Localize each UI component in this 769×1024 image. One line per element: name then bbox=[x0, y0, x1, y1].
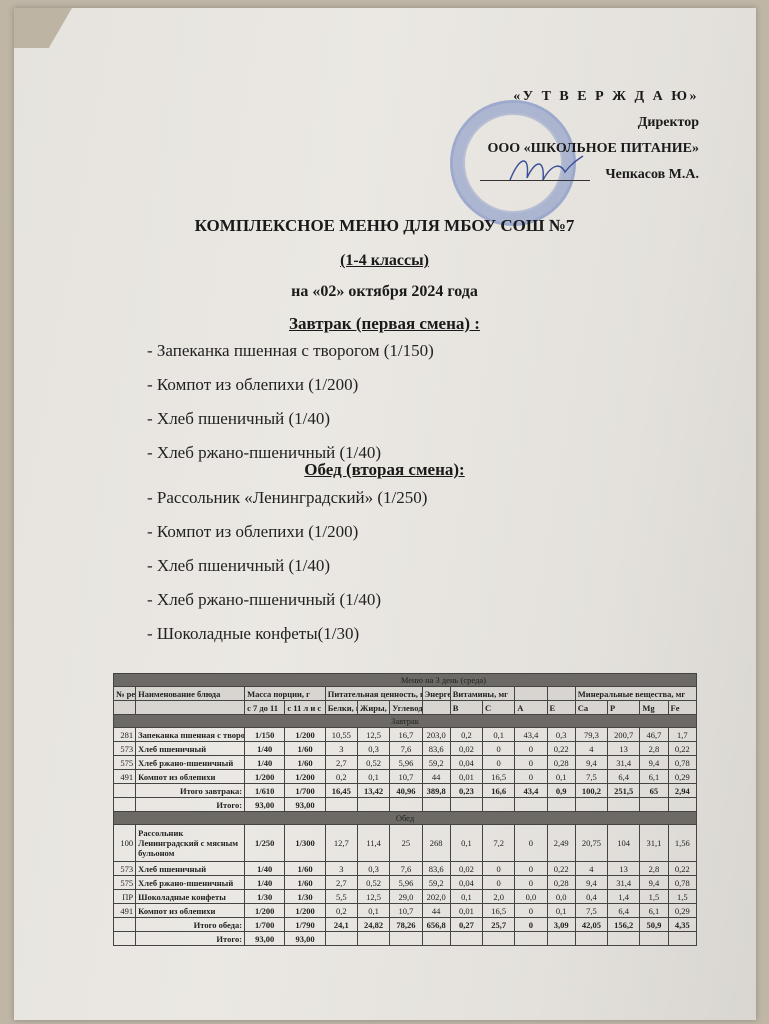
dish-name: Шоколадные конфеты bbox=[136, 890, 245, 904]
table-cell: 1/30 bbox=[245, 890, 285, 904]
table-cell: 9,4 bbox=[575, 756, 607, 770]
table-cell: 0 bbox=[483, 862, 515, 876]
sum-cell bbox=[357, 932, 389, 946]
total-cell: 0 bbox=[515, 918, 547, 932]
table-row: 281Запеканка пшенная с творогом1/1501/20… bbox=[114, 728, 697, 742]
lunch-list: - Рассольник «Ленинградский» (1/250) - К… bbox=[147, 481, 427, 651]
menu-date: на «02» октября 2024 года bbox=[0, 283, 769, 301]
table-cell: 1/200 bbox=[285, 770, 325, 784]
table-cell: 0,52 bbox=[357, 756, 389, 770]
table-cell: 0,28 bbox=[547, 876, 575, 890]
table-cell: 0 bbox=[515, 825, 547, 862]
sum-cell bbox=[608, 932, 640, 946]
total-cell bbox=[114, 784, 136, 798]
table-cell: 0,3 bbox=[547, 728, 575, 742]
total-cell: Итого обеда: bbox=[136, 918, 245, 932]
dish-name: Запеканка пшенная с творогом bbox=[136, 728, 245, 742]
table-cell: 2,49 bbox=[547, 825, 575, 862]
table-cell: 1,56 bbox=[668, 825, 696, 862]
column-header: Масса порции, г bbox=[245, 687, 326, 701]
column-subheader: Mg bbox=[640, 701, 668, 715]
sum-cell bbox=[390, 932, 422, 946]
sum-cell bbox=[450, 932, 482, 946]
sum-cell bbox=[325, 798, 357, 812]
table-cell: 0 bbox=[515, 876, 547, 890]
sum-cell bbox=[114, 798, 136, 812]
breakfast-heading: Завтрак (первая смена) : bbox=[0, 314, 769, 334]
sum-cell bbox=[575, 798, 607, 812]
table-cell: 0,4 bbox=[575, 890, 607, 904]
table-cell: 575 bbox=[114, 756, 136, 770]
table-cell: 281 bbox=[114, 728, 136, 742]
breakfast-section-row: Завтрак bbox=[114, 715, 697, 728]
table-cell: 1/40 bbox=[245, 876, 285, 890]
table-cell: 0,22 bbox=[547, 742, 575, 756]
grades-subtitle: (1-4 классы) bbox=[0, 252, 769, 270]
column-subheader: Жиры, г bbox=[357, 701, 389, 715]
approve-label: «У Т В Е Р Ж Д А Ю» bbox=[488, 84, 700, 110]
table-cell: 1/200 bbox=[285, 904, 325, 918]
table-row: 491Компот из облепихи1/2001/2000,20,110,… bbox=[114, 770, 697, 784]
approver-organization: ООО «ШКОЛЬНОЕ ПИТАНИЕ» bbox=[488, 136, 700, 162]
dish-name: Рассольник Ленинградский с мясным бульон… bbox=[136, 825, 245, 862]
table-cell: 9,4 bbox=[575, 876, 607, 890]
table-cell: 31,4 bbox=[608, 876, 640, 890]
table-cell: 11,4 bbox=[357, 825, 389, 862]
table-cell: 0 bbox=[483, 876, 515, 890]
dish-name: Хлеб ржано-пшеничный bbox=[136, 876, 245, 890]
table-cell: 10,7 bbox=[390, 904, 422, 918]
approver-position: Директор bbox=[488, 110, 700, 136]
approver-name: Чепкасов М.А. bbox=[488, 162, 700, 188]
column-header: Минеральные вещества, мг bbox=[575, 687, 696, 701]
table-cell: 2,8 bbox=[640, 862, 668, 876]
list-item: - Хлеб ржано-пшеничный (1/40) bbox=[147, 583, 427, 617]
nutrition-table: Меню на 3 день (среда)№ реНаименование б… bbox=[113, 673, 697, 946]
total-cell: 4,35 bbox=[668, 918, 696, 932]
column-header bbox=[547, 687, 575, 701]
table-cell: 59,2 bbox=[422, 876, 450, 890]
table-cell: 0,0 bbox=[547, 890, 575, 904]
table-cell: 0,2 bbox=[325, 904, 357, 918]
column-subheader: C bbox=[483, 701, 515, 715]
table-cell: 6,1 bbox=[640, 770, 668, 784]
total-cell: 0,27 bbox=[450, 918, 482, 932]
table-cell: 1/200 bbox=[245, 770, 285, 784]
total-cell: 42,05 bbox=[575, 918, 607, 932]
list-item: - Рассольник «Ленинградский» (1/250) bbox=[147, 481, 427, 515]
table-cell: 12,5 bbox=[357, 890, 389, 904]
table-cell: 1/200 bbox=[285, 728, 325, 742]
dish-name: Компот из облепихи bbox=[136, 904, 245, 918]
table-cell: 12,7 bbox=[325, 825, 357, 862]
table-cell: 1/60 bbox=[285, 862, 325, 876]
total-cell: 43,4 bbox=[515, 784, 547, 798]
table-cell: 4 bbox=[575, 862, 607, 876]
table-cell: 0,22 bbox=[547, 862, 575, 876]
breakfast-total-row: Итого завтрака:1/6101/70016,4513,4240,96… bbox=[114, 784, 697, 798]
total-cell: 1/610 bbox=[245, 784, 285, 798]
list-item: - Хлеб пшеничный (1/40) bbox=[147, 549, 427, 583]
column-header bbox=[515, 687, 547, 701]
table-cell: 1,5 bbox=[640, 890, 668, 904]
table-cell: 0,52 bbox=[357, 876, 389, 890]
sum-cell bbox=[515, 932, 547, 946]
table-cell: 0,2 bbox=[450, 728, 482, 742]
table-cell: 0,3 bbox=[357, 862, 389, 876]
table-cell: 0 bbox=[483, 756, 515, 770]
total-cell: 78,26 bbox=[390, 918, 422, 932]
sum-cell: 93,00 bbox=[285, 932, 325, 946]
table-cell: 1/200 bbox=[245, 904, 285, 918]
table-cell: 1/40 bbox=[245, 756, 285, 770]
breakfast-list: - Запеканка пшенная с творогом (1/150) -… bbox=[147, 334, 434, 470]
table-cell: 1,7 bbox=[668, 728, 696, 742]
total-cell: 50,9 bbox=[640, 918, 668, 932]
column-header: № ре bbox=[114, 687, 136, 701]
table-cell: 5,5 bbox=[325, 890, 357, 904]
list-item: - Компот из облепихи (1/200) bbox=[147, 368, 434, 402]
table-cell: 0,04 bbox=[450, 756, 482, 770]
table-cell: 13 bbox=[608, 742, 640, 756]
table-cell: 0 bbox=[515, 770, 547, 784]
table-cell: 0,1 bbox=[450, 890, 482, 904]
table-cell: 0 bbox=[515, 756, 547, 770]
total-cell: 3,09 bbox=[547, 918, 575, 932]
table-cell: 1/250 bbox=[245, 825, 285, 862]
table-cell: 0,02 bbox=[450, 742, 482, 756]
table-cell: 491 bbox=[114, 904, 136, 918]
table-cell: 2,0 bbox=[483, 890, 515, 904]
table-header-row: № реНаименование блюдаМасса порции, гПит… bbox=[114, 687, 697, 701]
column-subheader: Углеводы, г bbox=[390, 701, 422, 715]
table-row: ПРШоколадные конфеты1/301/305,512,529,02… bbox=[114, 890, 697, 904]
sum-cell bbox=[547, 798, 575, 812]
section-label: Завтрак bbox=[114, 715, 697, 728]
sum-cell bbox=[390, 798, 422, 812]
column-subheader: Белки, г bbox=[325, 701, 357, 715]
table-cell: 268 bbox=[422, 825, 450, 862]
table-cell: 43,4 bbox=[515, 728, 547, 742]
table-cell: 0,22 bbox=[668, 862, 696, 876]
dish-name: Хлеб пшеничный bbox=[136, 862, 245, 876]
sum-cell bbox=[668, 798, 696, 812]
total-cell: 40,96 bbox=[390, 784, 422, 798]
table-row: 491Компот из облепихи1/2001/2000,20,110,… bbox=[114, 904, 697, 918]
sum-cell bbox=[422, 798, 450, 812]
table-cell: 83,6 bbox=[422, 742, 450, 756]
total-cell: 25,7 bbox=[483, 918, 515, 932]
total-cell: 16,6 bbox=[483, 784, 515, 798]
table-cell: 7,5 bbox=[575, 904, 607, 918]
table-cell: 1/300 bbox=[285, 825, 325, 862]
table-cell: 0,01 bbox=[450, 904, 482, 918]
table-cell: 12,5 bbox=[357, 728, 389, 742]
table-caption-row: Меню на 3 день (среда) bbox=[114, 674, 697, 687]
table-cell: 0,1 bbox=[547, 770, 575, 784]
table-cell: 200,7 bbox=[608, 728, 640, 742]
table-cell: 573 bbox=[114, 862, 136, 876]
sum-cell: Итого: bbox=[136, 932, 245, 946]
table-cell: 0,3 bbox=[357, 742, 389, 756]
sum-cell bbox=[515, 798, 547, 812]
lunch-section-row: Обед bbox=[114, 812, 697, 825]
sum-cell: Итого: bbox=[136, 798, 245, 812]
column-subheader: B bbox=[450, 701, 482, 715]
list-item: - Шоколадные конфеты(1/30) bbox=[147, 617, 427, 651]
table-cell: 16,5 bbox=[483, 770, 515, 784]
total-cell: 100,2 bbox=[575, 784, 607, 798]
section-label: Обед bbox=[114, 812, 697, 825]
table-row: 100Рассольник Ленинградский с мясным бул… bbox=[114, 825, 697, 862]
total-cell: 656,8 bbox=[422, 918, 450, 932]
dish-name: Компот из облепихи bbox=[136, 770, 245, 784]
table-cell: 0,29 bbox=[668, 770, 696, 784]
table-cell: 44 bbox=[422, 904, 450, 918]
table-cell: 0 bbox=[483, 742, 515, 756]
table-cell: 7,2 bbox=[483, 825, 515, 862]
total-cell: 1/700 bbox=[285, 784, 325, 798]
table-cell: 0 bbox=[515, 862, 547, 876]
table-cell: 3 bbox=[325, 742, 357, 756]
table-cell: 1/60 bbox=[285, 756, 325, 770]
table-cell: 202,0 bbox=[422, 890, 450, 904]
table-cell: 25 bbox=[390, 825, 422, 862]
table-cell: 16,7 bbox=[390, 728, 422, 742]
table-cell: 9,4 bbox=[640, 876, 668, 890]
sum-cell bbox=[114, 932, 136, 946]
table-cell: 10,7 bbox=[390, 770, 422, 784]
table-cell: 0,2 bbox=[325, 770, 357, 784]
table-cell: 31,1 bbox=[640, 825, 668, 862]
table-cell: 100 bbox=[114, 825, 136, 862]
table-cell: 6,4 bbox=[608, 904, 640, 918]
table-cell: 203,0 bbox=[422, 728, 450, 742]
table-cell: 46,7 bbox=[640, 728, 668, 742]
column-header: Энерге bbox=[422, 687, 450, 701]
lunch-sum-row: Итого:93,0093,00 bbox=[114, 932, 697, 946]
table-cell: 7,5 bbox=[575, 770, 607, 784]
table-cell: 575 bbox=[114, 876, 136, 890]
table-cell: 31,4 bbox=[608, 756, 640, 770]
table-cell: 6,1 bbox=[640, 904, 668, 918]
table-cell: 7,6 bbox=[390, 862, 422, 876]
dish-name: Хлеб ржано-пшеничный bbox=[136, 756, 245, 770]
column-subheader bbox=[136, 701, 245, 715]
approval-block: «У Т В Е Р Ж Д А Ю» Директор ООО «ШКОЛЬН… bbox=[488, 84, 700, 188]
total-cell: 251,5 bbox=[608, 784, 640, 798]
table-cell: 59,2 bbox=[422, 756, 450, 770]
sum-cell bbox=[547, 932, 575, 946]
table-cell: 1/60 bbox=[285, 742, 325, 756]
table-row: 575Хлеб ржано-пшеничный1/401/602,70,525,… bbox=[114, 876, 697, 890]
column-subheader bbox=[114, 701, 136, 715]
total-cell: 13,42 bbox=[357, 784, 389, 798]
column-subheader: Ca bbox=[575, 701, 607, 715]
table-cell: 16,5 bbox=[483, 904, 515, 918]
sum-cell bbox=[422, 932, 450, 946]
total-cell: 0,9 bbox=[547, 784, 575, 798]
table-cell: 1,5 bbox=[668, 890, 696, 904]
table-cell: 1/40 bbox=[245, 862, 285, 876]
table-cell: 1/150 bbox=[245, 728, 285, 742]
folded-corner bbox=[14, 8, 72, 48]
table-caption: Меню на 3 день (среда) bbox=[114, 674, 697, 687]
table-cell: 1,4 bbox=[608, 890, 640, 904]
table-cell: 0 bbox=[515, 904, 547, 918]
table-cell: 7,6 bbox=[390, 742, 422, 756]
table-cell: 0 bbox=[515, 742, 547, 756]
column-subheader bbox=[422, 701, 450, 715]
total-cell: 16,45 bbox=[325, 784, 357, 798]
table-cell: 0,01 bbox=[450, 770, 482, 784]
table-row: 573Хлеб пшеничный1/401/6030,37,683,60,02… bbox=[114, 862, 697, 876]
total-cell: 156,2 bbox=[608, 918, 640, 932]
table-cell: 0,28 bbox=[547, 756, 575, 770]
total-cell: 24,1 bbox=[325, 918, 357, 932]
sum-cell: 93,00 bbox=[245, 932, 285, 946]
table-cell: 5,96 bbox=[390, 876, 422, 890]
lunch-total-row: Итого обеда:1/7001/79024,124,8278,26656,… bbox=[114, 918, 697, 932]
sum-cell bbox=[575, 932, 607, 946]
column-subheader: E bbox=[547, 701, 575, 715]
table-subheader-row: с 7 до 11с 11 л и сБелки, гЖиры, гУглево… bbox=[114, 701, 697, 715]
table-cell: 9,4 bbox=[640, 756, 668, 770]
table-cell: 0,1 bbox=[357, 904, 389, 918]
table-cell: 0,29 bbox=[668, 904, 696, 918]
table-cell: 0,0 bbox=[515, 890, 547, 904]
lunch-heading: Обед (вторая смена): bbox=[0, 460, 769, 480]
total-cell: 389,8 bbox=[422, 784, 450, 798]
list-item: - Запеканка пшенная с творогом (1/150) bbox=[147, 334, 434, 368]
table-cell: 0,1 bbox=[450, 825, 482, 862]
table-cell: 2,8 bbox=[640, 742, 668, 756]
sum-cell: 93,00 bbox=[245, 798, 285, 812]
column-header: Наименование блюда bbox=[136, 687, 245, 701]
table-row: 573Хлеб пшеничный1/401/6030,37,683,60,02… bbox=[114, 742, 697, 756]
column-subheader: A bbox=[515, 701, 547, 715]
total-cell: 1/790 bbox=[285, 918, 325, 932]
table-cell: 29,0 bbox=[390, 890, 422, 904]
sum-cell bbox=[608, 798, 640, 812]
sum-cell bbox=[450, 798, 482, 812]
table-cell: 0,1 bbox=[357, 770, 389, 784]
table-cell: 0,02 bbox=[450, 862, 482, 876]
table-cell: 1/30 bbox=[285, 890, 325, 904]
table-cell: 104 bbox=[608, 825, 640, 862]
total-cell: 2,94 bbox=[668, 784, 696, 798]
table-cell: 0,1 bbox=[483, 728, 515, 742]
breakfast-sum-row: Итого:93,0093,00 bbox=[114, 798, 697, 812]
sum-cell bbox=[483, 932, 515, 946]
document-title: КОМПЛЕКСНОЕ МЕНЮ ДЛЯ МБОУ СОШ №7 bbox=[0, 216, 769, 236]
column-subheader: с 11 л и с bbox=[285, 701, 325, 715]
table-cell: 573 bbox=[114, 742, 136, 756]
dish-name: Хлеб пшеничный bbox=[136, 742, 245, 756]
table-cell: 1/60 bbox=[285, 876, 325, 890]
list-item: - Хлеб пшеничный (1/40) bbox=[147, 402, 434, 436]
column-subheader: Fe bbox=[668, 701, 696, 715]
column-subheader: P bbox=[608, 701, 640, 715]
column-header: Питательная ценность, г bbox=[325, 687, 422, 701]
table-cell: 13 bbox=[608, 862, 640, 876]
table-cell: 0,78 bbox=[668, 876, 696, 890]
total-cell: 24,82 bbox=[357, 918, 389, 932]
table-cell: 0,1 bbox=[547, 904, 575, 918]
total-cell: 65 bbox=[640, 784, 668, 798]
table-row: 575Хлеб ржано-пшеничный1/401/602,70,525,… bbox=[114, 756, 697, 770]
table-cell: 83,6 bbox=[422, 862, 450, 876]
table-cell: 6,4 bbox=[608, 770, 640, 784]
sum-cell bbox=[668, 932, 696, 946]
total-cell: 1/700 bbox=[245, 918, 285, 932]
table-cell: 10,55 bbox=[325, 728, 357, 742]
table-cell: 0,04 bbox=[450, 876, 482, 890]
total-cell: 0,23 bbox=[450, 784, 482, 798]
sum-cell bbox=[483, 798, 515, 812]
total-cell: Итого завтрака: bbox=[136, 784, 245, 798]
table-cell: 4 bbox=[575, 742, 607, 756]
sum-cell bbox=[357, 798, 389, 812]
table-cell: 0,78 bbox=[668, 756, 696, 770]
table-cell: 3 bbox=[325, 862, 357, 876]
table-cell: 491 bbox=[114, 770, 136, 784]
total-cell bbox=[114, 918, 136, 932]
sum-cell: 93,00 bbox=[285, 798, 325, 812]
table-cell: 0,22 bbox=[668, 742, 696, 756]
table-cell: 1/40 bbox=[245, 742, 285, 756]
table-cell: ПР bbox=[114, 890, 136, 904]
column-subheader: с 7 до 11 bbox=[245, 701, 285, 715]
table-cell: 2,7 bbox=[325, 756, 357, 770]
table-cell: 20,75 bbox=[575, 825, 607, 862]
table-cell: 44 bbox=[422, 770, 450, 784]
list-item: - Компот из облепихи (1/200) bbox=[147, 515, 427, 549]
table-cell: 2,7 bbox=[325, 876, 357, 890]
sum-cell bbox=[640, 798, 668, 812]
table-cell: 79,3 bbox=[575, 728, 607, 742]
sum-cell bbox=[325, 932, 357, 946]
table-cell: 5,96 bbox=[390, 756, 422, 770]
column-header: Витамины, мг bbox=[450, 687, 515, 701]
sum-cell bbox=[640, 932, 668, 946]
